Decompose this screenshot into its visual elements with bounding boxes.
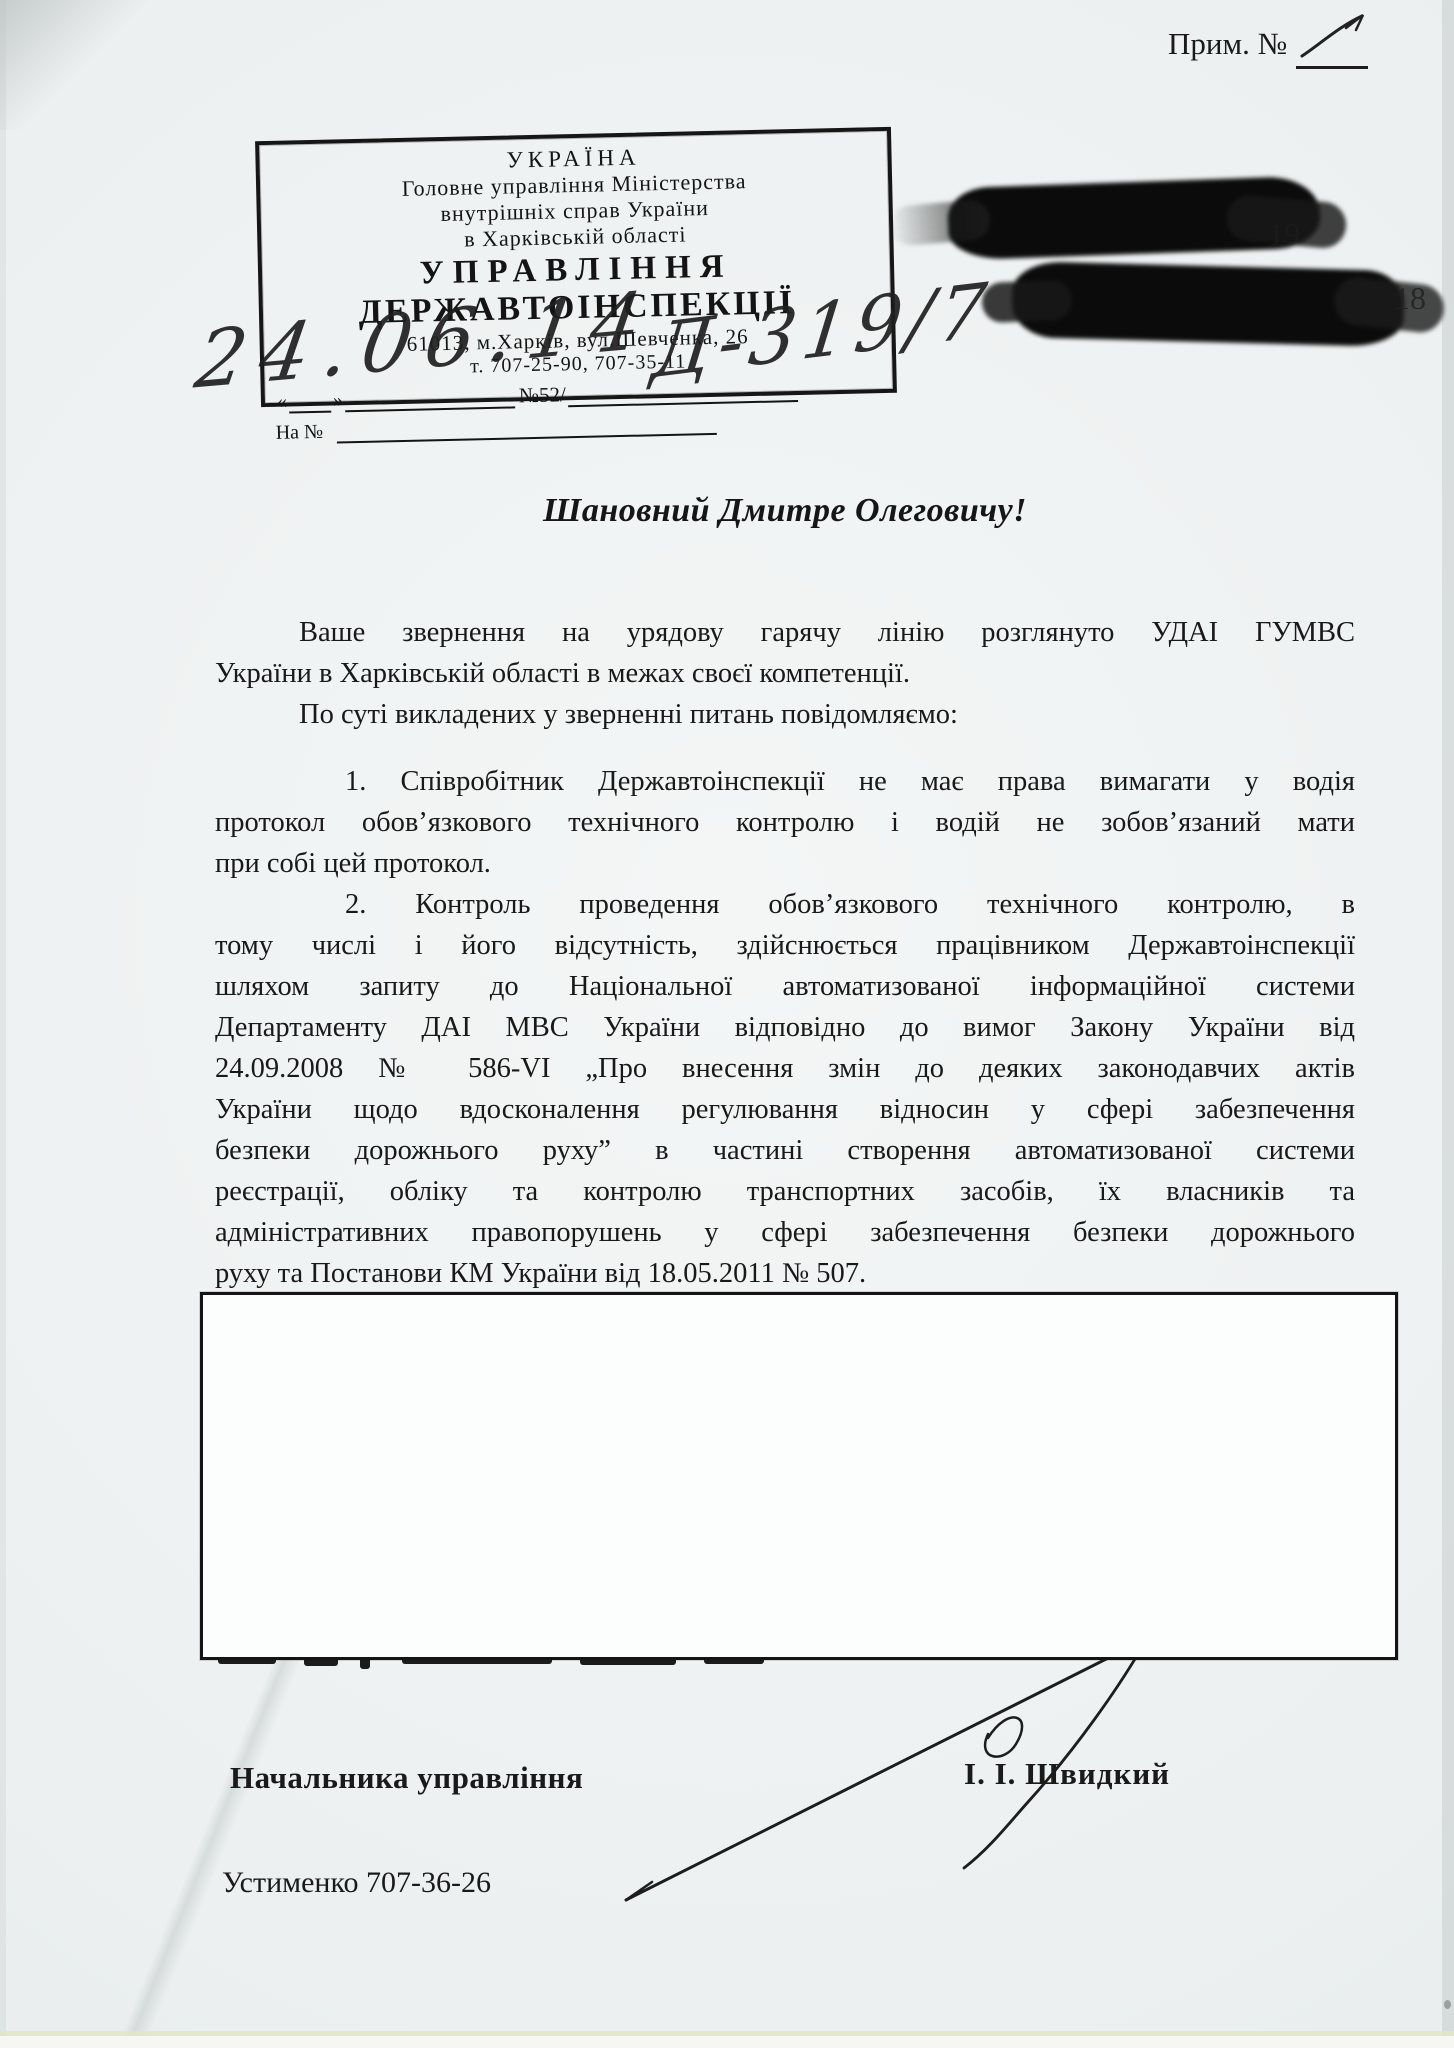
stamp-number-prefix: №52/ [519, 382, 566, 408]
body-line: тому числі і його відсутність, здійснюєт… [215, 925, 1355, 966]
body-line: 1. Співробітник Державтоінспекції не має… [215, 761, 1355, 802]
scan-corner-shadow [0, 0, 150, 130]
stamp-blank-reply [337, 413, 717, 444]
copy-number-line [1296, 66, 1368, 69]
scanned-letter-page: Прим. № УКРАЇНА Головне управління Мініс… [0, 0, 1454, 2048]
body-line: 2. Контроль проведення обов’язкового тех… [215, 884, 1355, 925]
body-line: протокол обов’язкового технічного контро… [215, 802, 1355, 843]
stamp-org-line: в Харківській області [464, 221, 687, 252]
stamp-country: УКРАЇНА [506, 145, 641, 174]
body-line: адміністративних правопорушень у сфері з… [215, 1212, 1355, 1253]
partially-visible-digits: 18 [1394, 280, 1426, 317]
body-line: Ваше звернення на урядову гарячу лінію р… [215, 612, 1355, 653]
handwritten-copy-mark [1296, 8, 1374, 64]
stamp-reply-row: На № [275, 408, 883, 445]
redaction-box [200, 1292, 1398, 1660]
signer-position: Начальника управління [230, 1760, 583, 1796]
letter-body: Ваше звернення на урядову гарячу лінію р… [215, 612, 1355, 1294]
executor-contact: Устименко 707-36-26 [222, 1866, 491, 1900]
scan-edge-artifact-2 [0, 2036, 1454, 2048]
partially-visible-digits: 19 [1268, 216, 1300, 253]
copy-number-block: Прим. № [1168, 26, 1287, 62]
stamp-reply-label: На № [275, 421, 323, 445]
body-line: 24.09.2008 № 586-VI „Про внесення змін д… [215, 1048, 1355, 1089]
scan-speck [1444, 2000, 1451, 2009]
salutation: Шановний Дмитре Олеговичу! [215, 492, 1355, 530]
redaction-ink-mark-2 [1011, 261, 1405, 347]
body-line: По суті викладених у зверненні питань по… [215, 694, 1355, 735]
body-line: безпеки дорожнього руху” в частині створ… [215, 1130, 1355, 1171]
redaction-ink-mark-1 [947, 176, 1321, 261]
paper-crease [0, 1640, 420, 2048]
body-line: шляхом запиту до Національної автоматизо… [215, 966, 1355, 1007]
body-line: при собі цей протокол. [215, 843, 1355, 884]
copy-number-label: Прим. № [1168, 26, 1287, 61]
body-line: Департаменту ДАІ МВС України відповідно … [215, 1007, 1355, 1048]
body-line: України щодо вдосконалення регулювання в… [215, 1089, 1355, 1130]
body-line: руху та Постанови КМ України від 18.05.2… [215, 1253, 1355, 1294]
handwritten-signature [560, 1620, 1200, 1920]
body-line: України в Харківській області в межах св… [215, 653, 1355, 694]
body-line: реєстрації, обліку та контролю транспорт… [215, 1171, 1355, 1212]
